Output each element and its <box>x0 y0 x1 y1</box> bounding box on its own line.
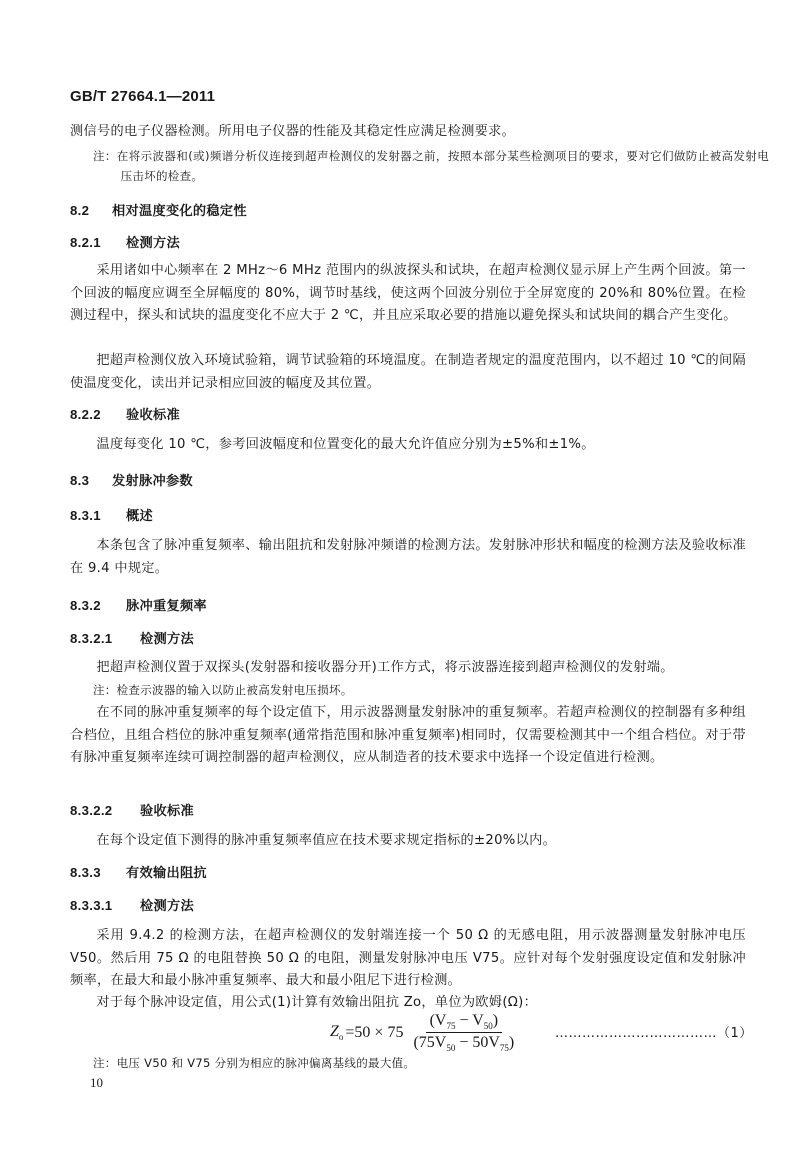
formula-1: Zo =50 × 75 (V75 − V50) (75V50 − 50V75) <box>330 1012 518 1053</box>
paragraph: 采用诸如中心频率在 2 MHz～6 MHz 范围内的纵波探头和试块，在超声检测仪… <box>70 260 746 328</box>
paragraph: 温度每变化 10 ℃，参考回波幅度和位置变化的最大允许值应分别为±5%和±1%。 <box>70 434 746 457</box>
paragraph: 测信号的电子仪器检测。所用电子仪器的性能及其稳定性应满足检测要求。 <box>70 121 746 144</box>
formula-fraction: (V75 − V50) (75V50 − 50V75) <box>409 1012 518 1053</box>
standard-id-header: GB/T 27664.1—2011 <box>70 88 215 105</box>
section-title: 检测方法 <box>140 632 194 647</box>
section-heading-8-2-2: 8.2.2验收标准 <box>70 404 746 428</box>
section-number: 8.3.1 <box>70 505 126 528</box>
section-heading-8-2-1: 8.2.1检测方法 <box>70 232 746 256</box>
section-number: 8.2 <box>70 200 112 223</box>
formula-numerator: (V75 − V50) <box>426 1012 503 1033</box>
note-text: 注：在将示波器和(或)频谱分析仪连接到超声检测仪的发射器之前，按照本部分某些检测… <box>93 146 769 186</box>
section-title: 验收标准 <box>140 804 194 819</box>
section-title: 检测方法 <box>126 236 180 251</box>
paragraph: 在每个设定值下测得的脉冲重复频率值应在技术要求规定指标的±20%以内。 <box>70 830 746 853</box>
section-heading-8-2: 8.2相对温度变化的稳定性 <box>70 200 746 224</box>
section-heading-8-3-3: 8.3.3有效输出阻抗 <box>70 862 746 886</box>
section-number: 8.3.2 <box>70 595 126 618</box>
section-title: 发射脉冲参数 <box>112 474 193 489</box>
section-number: 8.3.3.1 <box>70 895 140 918</box>
section-number: 8.3 <box>70 470 112 493</box>
section-heading-8-3-1: 8.3.1概述 <box>70 505 746 529</box>
equation-number: ………………………………（1） <box>555 1022 753 1041</box>
section-title: 检测方法 <box>140 899 194 914</box>
section-number: 8.3.3 <box>70 862 126 885</box>
page-number: 10 <box>90 1075 103 1091</box>
section-title: 脉冲重复频率 <box>126 599 207 614</box>
section-title: 有效输出阻抗 <box>126 866 207 881</box>
formula-denominator: (75V50 − 50V75) <box>409 1033 518 1053</box>
paragraph: 采用 9.4.2 的检测方法，在超声检测仪的发射端连接一个 50 Ω 的无感电阻… <box>70 925 746 993</box>
paragraph: 把超声检测仪置于双探头(发射器和接收器分开)工作方式，将示波器连接到超声检测仪的… <box>70 657 746 680</box>
note: 注：在将示波器和(或)频谱分析仪连接到超声检测仪的发射器之前，按照本部分某些检测… <box>70 146 769 186</box>
section-title: 验收标准 <box>126 408 180 423</box>
formula-coefficient: =50 × 75 <box>345 1024 403 1042</box>
note: 注：检查示波器的输入以防止被高发射电压损坏。 <box>70 680 769 700</box>
paragraph: 把超声检测仪放入环境试验箱，调节试验箱的环境温度。在制造者规定的温度范围内，以不… <box>70 350 746 395</box>
section-number: 8.2.1 <box>70 232 126 255</box>
section-heading-8-3-2-1: 8.3.2.1检测方法 <box>70 628 746 652</box>
section-title: 概述 <box>126 509 153 524</box>
section-heading-8-3-2: 8.3.2脉冲重复频率 <box>70 595 746 619</box>
section-heading-8-3-3-1: 8.3.3.1检测方法 <box>70 895 746 919</box>
section-heading-8-3: 8.3发射脉冲参数 <box>70 470 746 494</box>
note: 注：电压 V50 和 V75 分别为相应的脉冲偏离基线的最大值。 <box>70 1053 769 1073</box>
section-title: 相对温度变化的稳定性 <box>112 204 247 219</box>
paragraph: 本条包含了脉冲重复频率、输出阻抗和发射脉冲频谱的检测方法。发射脉冲形状和幅度的检… <box>70 535 746 580</box>
formula-lhs: Zo <box>330 1023 343 1042</box>
section-number: 8.2.2 <box>70 404 126 427</box>
section-heading-8-3-2-2: 8.3.2.2验收标准 <box>70 800 746 824</box>
paragraph: 在不同的脉冲重复频率的每个设定值下，用示波器测量发射脉冲的重复频率。若超声检测仪… <box>70 702 746 770</box>
section-number: 8.3.2.2 <box>70 800 140 823</box>
section-number: 8.3.2.1 <box>70 628 140 651</box>
